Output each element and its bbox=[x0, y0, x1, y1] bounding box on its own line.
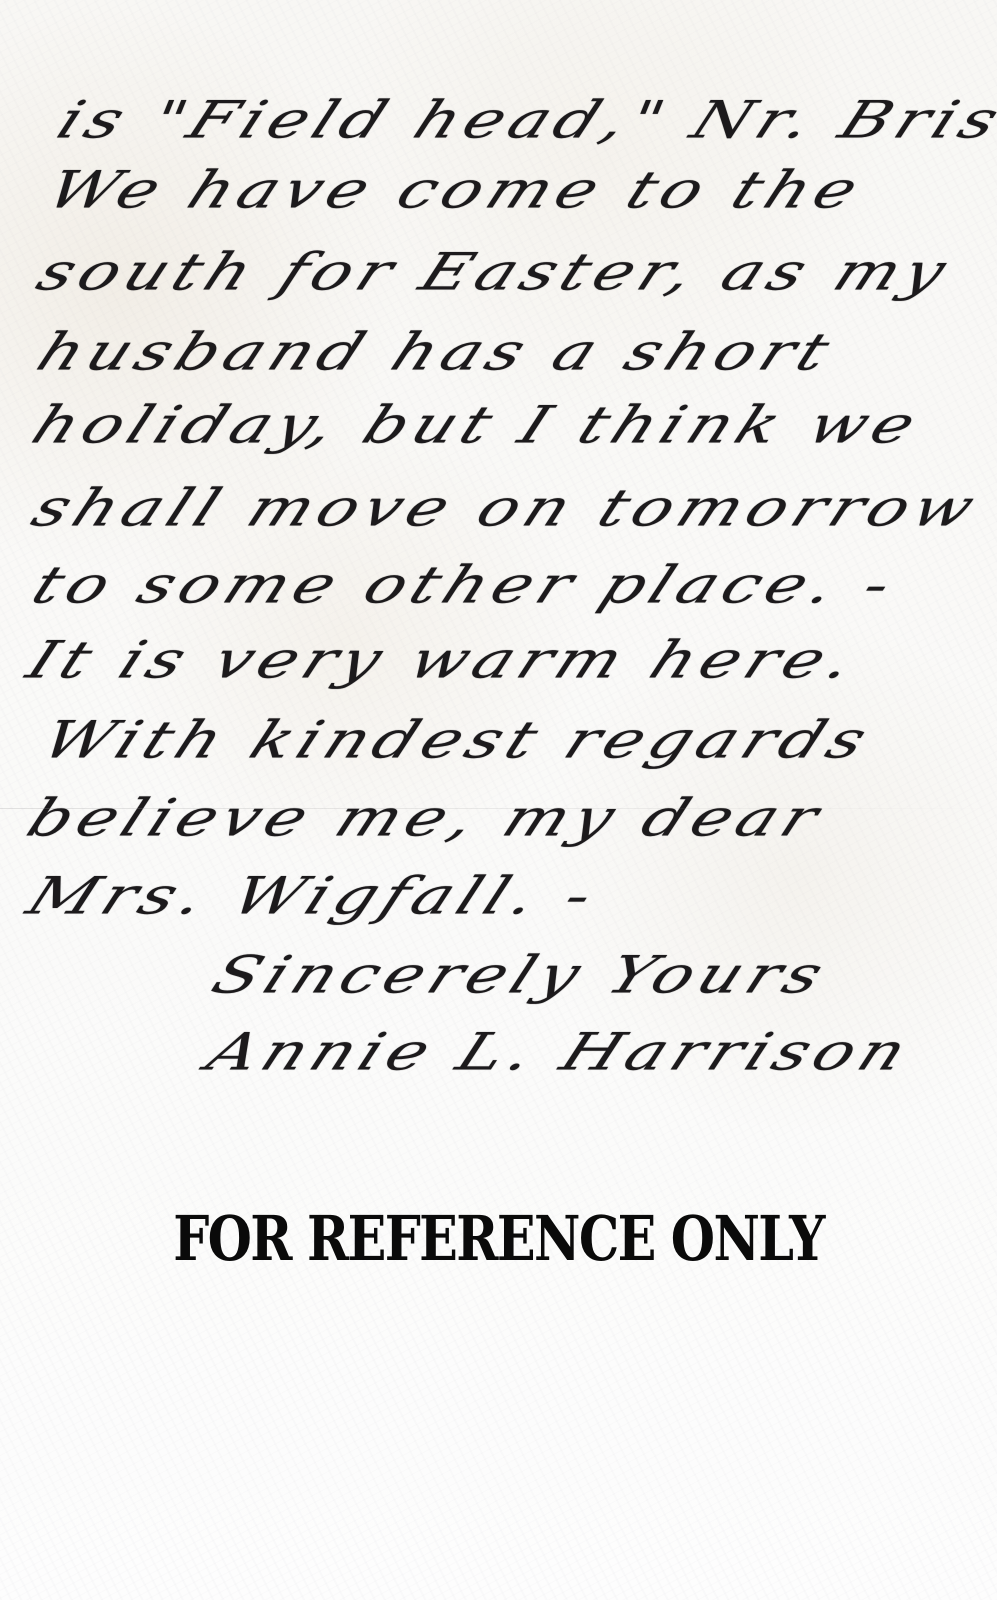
letter-line: We have come to the bbox=[40, 165, 871, 216]
letter-line: is "Field head," Nr. Bristol. bbox=[50, 95, 997, 146]
letter-line: It is very warm here. bbox=[20, 635, 867, 686]
letter-line: holiday, but I think we bbox=[25, 400, 929, 451]
letter-signature: Annie L. Harrison bbox=[200, 1027, 920, 1078]
paper-fold-crease bbox=[0, 808, 997, 809]
letter-line: south for Easter, as my bbox=[30, 247, 959, 298]
letter-line: to some other place. - bbox=[25, 560, 905, 611]
letter-line: With kindest regards bbox=[35, 715, 880, 766]
letter-line: believe me, my dear bbox=[20, 793, 831, 844]
letter-line: Mrs. Wigfall. - bbox=[20, 871, 606, 922]
letter-line: husband has a short bbox=[30, 327, 842, 378]
reference-watermark: FOR REFERENCE ONLY bbox=[90, 1205, 908, 1273]
letter-line: shall move on tomorrow bbox=[25, 483, 988, 534]
letter-closing: Sincerely Yours bbox=[205, 950, 836, 1001]
handwritten-letter: is "Field head," Nr. Bristol. We have co… bbox=[0, 0, 997, 1120]
